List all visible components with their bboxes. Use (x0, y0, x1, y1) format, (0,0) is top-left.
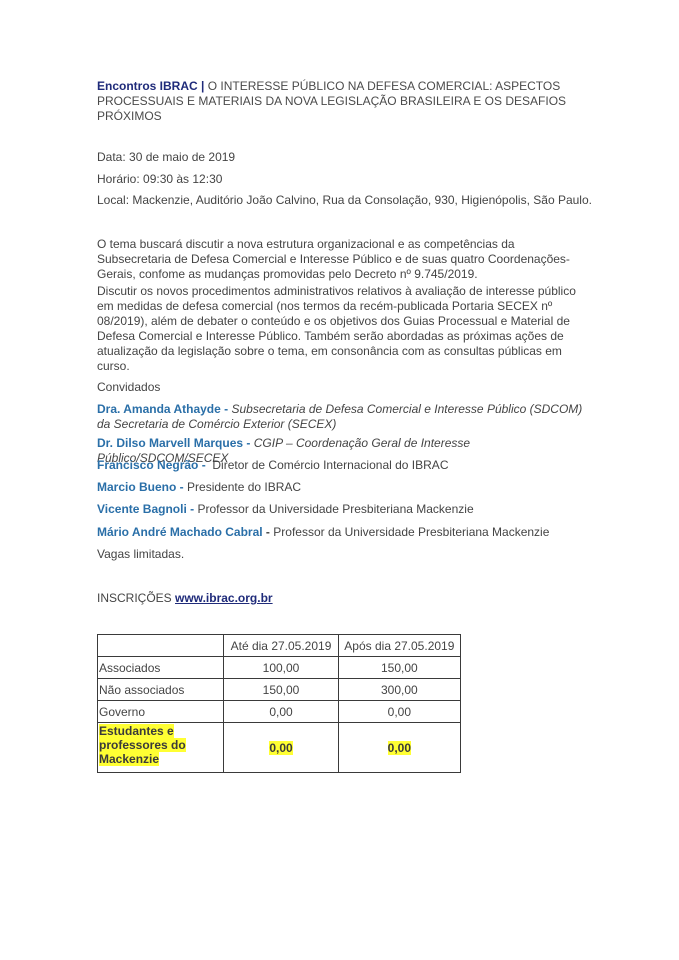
guest-name: Mário André Machado Cabral (97, 525, 263, 539)
table-cell: Estudantes e professores do Mackenzie (98, 723, 224, 773)
table-row: Governo 0,00 0,00 (98, 701, 461, 723)
highlight-label-line: professores do (99, 738, 186, 752)
guest-item: Marcio Bueno - Presidente do IBRAC (97, 480, 589, 495)
table-cell: Associados (98, 657, 224, 679)
guest-name: Dr. Dilso Marvell Marques (97, 436, 243, 450)
guest-item: Francisco Negrão - Diretor de Comércio I… (97, 458, 589, 473)
guest-role: Presidente do IBRAC (187, 480, 301, 494)
table-cell: 300,00 (338, 679, 460, 701)
table-header-cell: Após dia 27.05.2019 (338, 635, 460, 657)
event-date: Data: 30 de maio de 2019 (97, 150, 235, 164)
highlight-label-line: Mackenzie (99, 752, 159, 766)
registration-link[interactable]: www.ibrac.org.br (175, 591, 273, 605)
event-title: Encontros IBRAC | O INTERESSE PÚBLICO NA… (97, 79, 587, 124)
limited-spots-note: Vagas limitadas. (97, 547, 184, 561)
guest-name: Vicente Bagnoli (97, 502, 187, 516)
guest-separator: - (198, 458, 212, 472)
table-header-row: Até dia 27.05.2019 Após dia 27.05.2019 (98, 635, 461, 657)
table-row: Não associados 150,00 300,00 (98, 679, 461, 701)
event-time: Horário: 09:30 às 12:30 (97, 172, 222, 186)
description-paragraph-2: Discutir os novos procedimentos administ… (97, 284, 589, 374)
table-header-cell: Até dia 27.05.2019 (224, 635, 338, 657)
guest-separator: - (176, 480, 187, 494)
table-cell: 0,00 (338, 723, 460, 773)
title-brand: Encontros IBRAC | (97, 79, 204, 93)
table-header-cell (98, 635, 224, 657)
guest-separator: - (187, 502, 198, 516)
table-row: Associados 100,00 150,00 (98, 657, 461, 679)
table-cell: Não associados (98, 679, 224, 701)
highlight-value: 0,00 (269, 741, 292, 755)
guest-separator: - (243, 436, 254, 450)
table-cell: 0,00 (224, 701, 338, 723)
highlight-value: 0,00 (388, 741, 411, 755)
description-paragraph-1: O tema buscará discutir a nova estrutura… (97, 237, 589, 282)
table-cell: 0,00 (338, 701, 460, 723)
guest-role: Diretor de Comércio Internacional do IBR… (212, 458, 448, 472)
table-row-highlighted: Estudantes e professores do Mackenzie 0,… (98, 723, 461, 773)
guest-separator: - (263, 525, 274, 539)
price-table: Até dia 27.05.2019 Após dia 27.05.2019 A… (97, 634, 461, 773)
table-cell: 150,00 (224, 679, 338, 701)
guest-item: Dra. Amanda Athayde - Subsecretaria de D… (97, 402, 589, 432)
guest-name: Francisco Negrão (97, 458, 198, 472)
highlight-label-line: Estudantes e (99, 724, 174, 738)
guest-name: Dra. Amanda Athayde (97, 402, 221, 416)
registration-line: INSCRIÇÕES www.ibrac.org.br (97, 591, 273, 605)
guest-item: Mário André Machado Cabral - Professor d… (97, 525, 589, 540)
guest-role: Professor da Universidade Presbiteriana … (273, 525, 549, 539)
table-cell: 100,00 (224, 657, 338, 679)
guests-heading: Convidados (97, 380, 160, 394)
table-cell: Governo (98, 701, 224, 723)
guest-item: Vicente Bagnoli - Professor da Universid… (97, 502, 589, 517)
table-cell: 150,00 (338, 657, 460, 679)
event-location: Local: Mackenzie, Auditório João Calvino… (97, 193, 592, 207)
guest-separator: - (221, 402, 232, 416)
table-cell: 0,00 (224, 723, 338, 773)
registration-label: INSCRIÇÕES (97, 591, 175, 605)
guest-name: Marcio Bueno (97, 480, 176, 494)
guest-role: Professor da Universidade Presbiteriana … (197, 502, 473, 516)
